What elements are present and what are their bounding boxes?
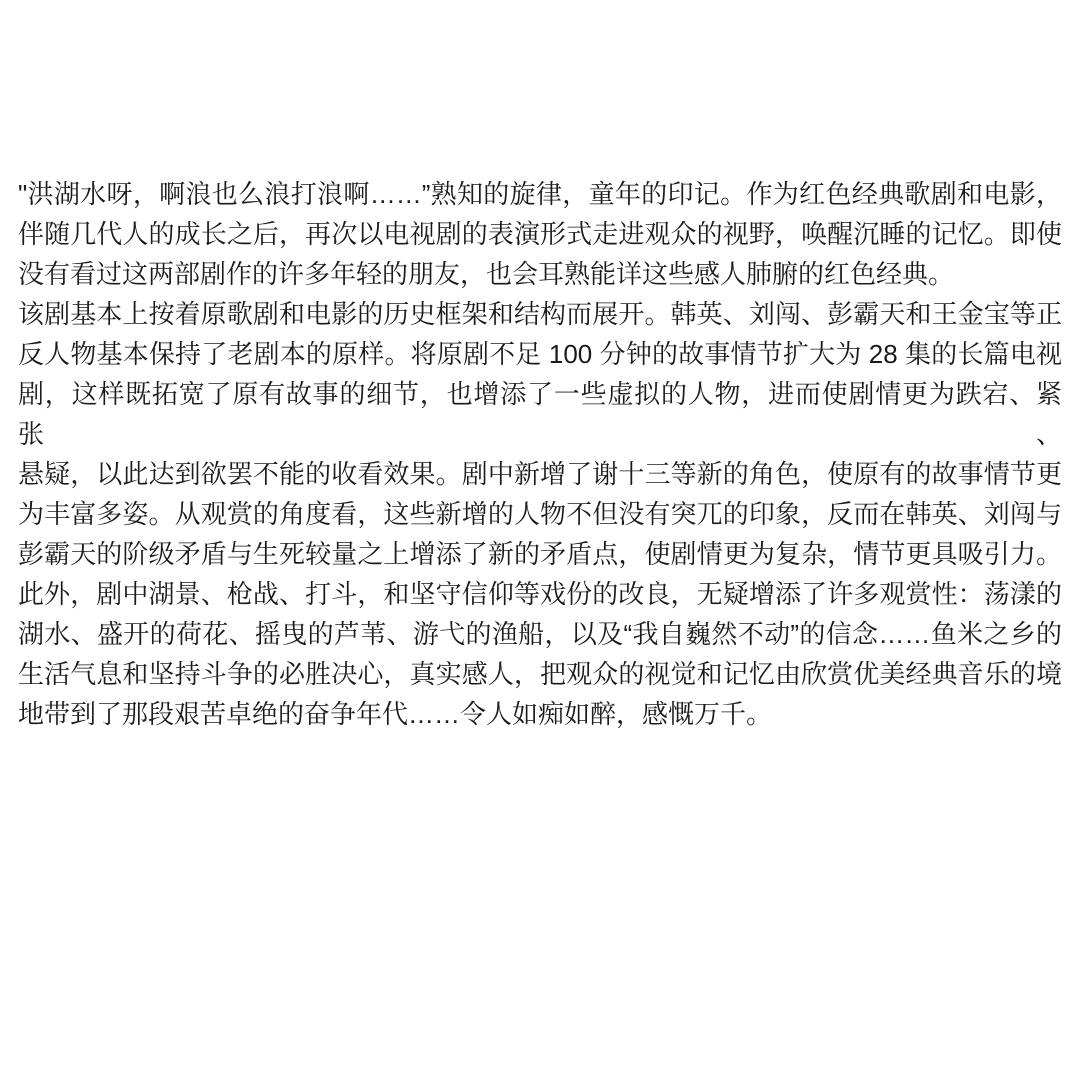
text-line: 剧，这样既拓宽了原有故事的细节，也增添了一些虚拟的人物，进而使剧情更为跌宕、紧张… bbox=[18, 374, 1062, 454]
text-line: 没有看过这两部剧作的许多年轻的朋友，也会耳熟能详这些感人肺腑的红色经典。 bbox=[18, 254, 1062, 294]
text-line: 地带到了那段艰苦卓绝的奋争年代……令人如痴如醉，感慨万千。 bbox=[18, 694, 1062, 734]
paragraph: "洪湖水呀，啊浪也么浪打浪啊……”熟知的旋律，童年的印记。作为红色经典歌剧和电影… bbox=[18, 174, 1062, 294]
text-line: 湖水、盛开的荷花、摇曳的芦苇、游弋的渔船，以及“我自巍然不动”的信念……鱼米之乡… bbox=[18, 614, 1062, 654]
text-line: 该剧基本上按着原歌剧和电影的历史框架和结构而展开。韩英、刘闯、彭霸天和王金宝等正 bbox=[18, 294, 1062, 334]
text-line: 彭霸天的阶级矛盾与生死较量之上增添了新的矛盾点，使剧情更为复杂，情节更具吸引力。 bbox=[18, 534, 1062, 574]
text-line: 悬疑，以此达到欲罢不能的收看效果。剧中新增了谢十三等新的角色，使原有的故事情节更 bbox=[18, 454, 1062, 494]
text-line: 为丰富多姿。从观赏的角度看，这些新增的人物不但没有突兀的印象，反而在韩英、刘闯与 bbox=[18, 494, 1062, 534]
text-line: 反人物基本保持了老剧本的原样。将原剧不足 100 分钟的故事情节扩大为 28 集… bbox=[18, 334, 1062, 374]
paragraph: 该剧基本上按着原歌剧和电影的历史框架和结构而展开。韩英、刘闯、彭霸天和王金宝等正… bbox=[18, 294, 1062, 734]
text-line: "洪湖水呀，啊浪也么浪打浪啊……”熟知的旋律，童年的印记。作为红色经典歌剧和电影… bbox=[18, 174, 1062, 214]
article-text: "洪湖水呀，啊浪也么浪打浪啊……”熟知的旋律，童年的印记。作为红色经典歌剧和电影… bbox=[18, 174, 1062, 734]
text-line: 生活气息和坚持斗争的必胜决心，真实感人，把观众的视觉和记忆由欣赏优美经典音乐的境 bbox=[18, 654, 1062, 694]
text-line: 此外，剧中湖景、枪战、打斗，和坚守信仰等戏份的改良，无疑增添了许多观赏性：荡漾的 bbox=[18, 574, 1062, 614]
text-line: 伴随几代人的成长之后，再次以电视剧的表演形式走进观众的视野，唤醒沉睡的记忆。即使 bbox=[18, 214, 1062, 254]
